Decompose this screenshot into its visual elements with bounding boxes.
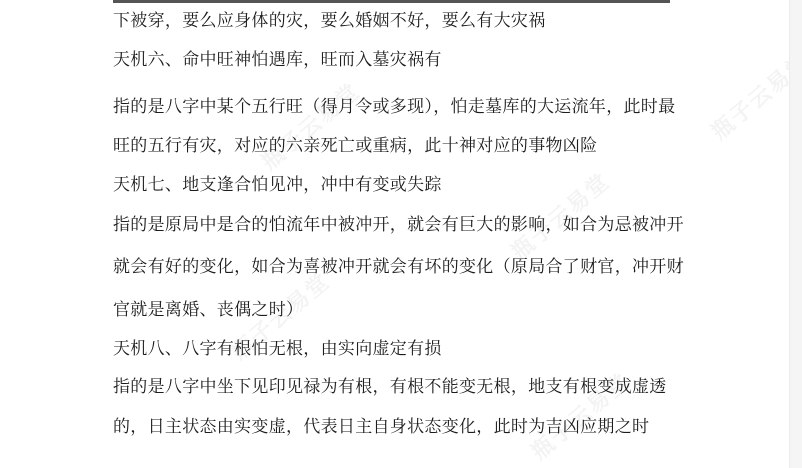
text-line: 旺的五行有灾，对应的六亲死亡或重病，此十神对应的事物凶险 [113, 135, 597, 157]
section-heading-6: 天机六、命中旺神怕遇库，旺而入墓灾祸有 [113, 49, 442, 71]
text-line: 指的是原局中是合的怕流年中被冲开，就会有巨大的影响，如合为忌被冲开 [113, 214, 684, 236]
text-line: 指的是八字中坐下见印见禄为有根，有根不能变无根，地支有根变成虚透 [113, 376, 667, 398]
watermark: 瓶子云易堂 [704, 45, 789, 146]
section-heading-8: 天机八、八字有根怕无根，由实向虚定有损 [113, 338, 442, 360]
text-line: 指的是八字中某个五行旺（得月令或多现），怕走墓库的大运流年，此时最 [113, 96, 675, 118]
watermark: 瓶子云易堂 [254, 75, 366, 176]
text-line: 就会有好的变化，如合为喜被冲开就会有坏的变化（原局合了财官，冲开财 [113, 256, 684, 278]
text-line: 官就是离婚、丧偶之时） [113, 299, 303, 321]
section-heading-7: 天机七、地支逢合怕见冲，冲中有变或失踪 [113, 174, 442, 196]
document-page: 瓶子云易堂 瓶子云易堂 瓶子云易堂 瓶子云易堂 瓶子云易堂 下被穿，要么应身体的… [0, 0, 789, 468]
top-border-rule [113, 0, 670, 3]
text-line: 下被穿，要么应身体的灾，要么婚姻不好，要么有大灾祸 [113, 10, 546, 32]
scrollbar-track[interactable] [789, 0, 802, 468]
text-line: 的，日主状态由实变虚，代表日主自身状态变化，此时为吉凶应期之时 [113, 416, 649, 438]
